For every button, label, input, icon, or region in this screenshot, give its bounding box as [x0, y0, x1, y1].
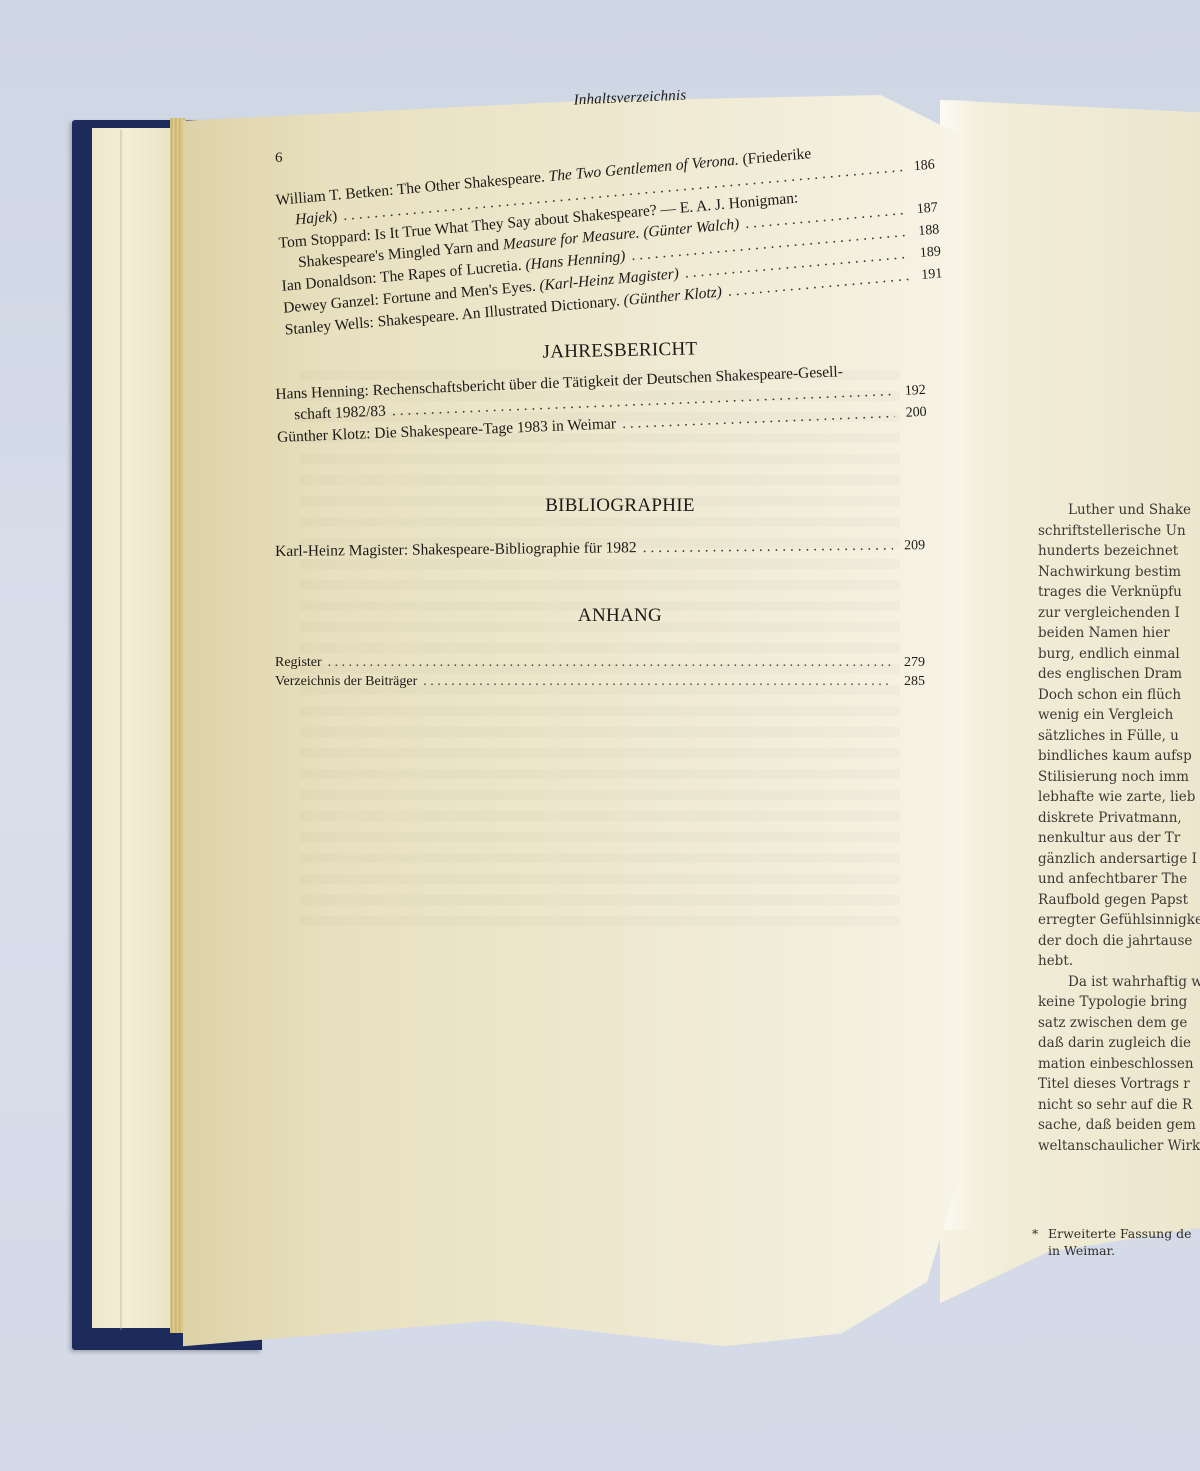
entry-page: 209	[899, 535, 925, 556]
body-line: gänzlich andersartige I	[1038, 849, 1200, 870]
body-line: nicht so sehr auf die R	[1038, 1095, 1200, 1116]
section-heading: BIBLIOGRAPHIE	[305, 495, 935, 517]
body-line: diskrete Privatmann,	[1038, 808, 1200, 829]
body-line: Nachwirkung bestim	[1038, 562, 1200, 583]
entry-page: 187	[911, 197, 938, 220]
body-line: wenig ein Vergleich	[1038, 705, 1200, 726]
body-line: Doch schon ein flüch	[1038, 685, 1200, 706]
entry-page: 279	[899, 653, 925, 672]
body-line: satz zwischen dem ge	[1038, 1013, 1200, 1034]
entry-page: 188	[913, 219, 940, 242]
body-line: der doch die jahrtause	[1038, 931, 1200, 952]
body-line: sache, daß beiden gem	[1038, 1115, 1200, 1136]
entry-reviewer-close: )	[331, 208, 337, 225]
body-line: nenkultur aus der Tr	[1038, 828, 1200, 849]
body-line: lebhafte wie zarte, lieb	[1038, 787, 1200, 808]
body-line: Raufbold gegen Papst	[1038, 890, 1200, 911]
footnote-mark: *	[1032, 1225, 1048, 1242]
body-line: des englischen Dram	[1038, 664, 1200, 685]
body-line: mation einbeschlossen	[1038, 1054, 1200, 1075]
entry-text: Verzeichnis der Beiträger	[275, 672, 417, 691]
table-of-contents: Inhaltsverzeichnis 6 William T. Betken: …	[275, 90, 935, 107]
footnote-text: Erweiterte Fassung de	[1048, 1226, 1192, 1241]
body-line: keine Typologie bring	[1038, 992, 1200, 1013]
footnote-text: in Weimar.	[1032, 1242, 1192, 1259]
body-line: weltanschaulicher Wirk	[1038, 1136, 1200, 1157]
entry-page: 200	[900, 402, 927, 424]
body-line: erregter Gefühlsinnigke	[1038, 910, 1200, 931]
body-line: burg, endlich einmal	[1038, 644, 1200, 665]
jahresbericht-section: JAHRESBERICHT Hans Henning: Rechenschaft…	[275, 340, 935, 449]
bibliographie-section: BIBLIOGRAPHIE Karl-Heinz Magister: Shake…	[275, 495, 935, 563]
body-line: trages die Verknüpfu	[1038, 582, 1200, 603]
entry-page: 189	[914, 241, 941, 264]
toc-entry: Verzeichnis der Beiträger 285	[275, 672, 925, 691]
body-line: Luther und Shake	[1038, 500, 1200, 521]
body-line: daß darin zugleich die	[1038, 1033, 1200, 1054]
entry-page: 285	[899, 672, 925, 691]
entry-text: schaft 1982/83	[276, 401, 386, 426]
body-line: sätzliches in Fülle, u	[1038, 726, 1200, 747]
body-line: Stilisierung noch imm	[1038, 767, 1200, 788]
right-page-body-text: Luther und Shake schriftstellerische Un …	[1038, 500, 1200, 1156]
body-line: schriftstellerische Un	[1038, 521, 1200, 542]
entry-page: 186	[908, 154, 935, 177]
body-line: hunderts bezeichnet	[1038, 541, 1200, 562]
body-line: zur vergleichenden I	[1038, 603, 1200, 624]
endpaper-crease	[120, 130, 122, 1330]
leader-dots	[328, 653, 893, 672]
anhang-section: ANHANG Register 279 Verzeichnis der Beit…	[275, 605, 935, 691]
body-line: hebt.	[1038, 951, 1200, 972]
page-number: 6	[275, 150, 283, 167]
leader-dots	[643, 535, 894, 559]
body-line: und anfechtbarer The	[1038, 869, 1200, 890]
toc-entry: Register 279	[275, 653, 925, 672]
leader-dots	[423, 672, 893, 691]
body-line: Titel dieses Vortrags r	[1038, 1074, 1200, 1095]
entry-text: Register	[275, 653, 322, 672]
body-line: Da ist wahrhaftig w	[1038, 972, 1200, 993]
entry-page: 192	[899, 380, 926, 402]
entry-reviewer: Hajek	[295, 208, 333, 228]
section-heading: ANHANG	[305, 605, 935, 627]
footnote: *Erweiterte Fassung de in Weimar.	[1032, 1225, 1192, 1259]
body-line: beiden Namen hier	[1038, 623, 1200, 644]
toc-entry: Karl-Heinz Magister: Shakespeare-Bibliog…	[275, 534, 925, 563]
entry-page: 191	[916, 263, 943, 286]
entry-text: Karl-Heinz Magister: Shakespeare-Bibliog…	[275, 537, 637, 562]
body-line: bindliches kaum aufsp	[1038, 746, 1200, 767]
